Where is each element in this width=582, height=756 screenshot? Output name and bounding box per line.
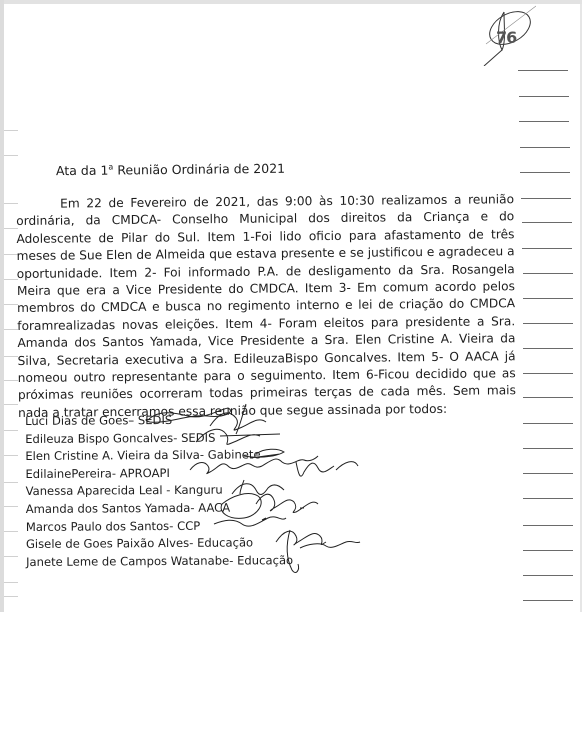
signatory-row: EdilainePereira- APROAPI bbox=[25, 464, 292, 483]
margin-rule-line bbox=[518, 70, 568, 71]
left-edge-tick bbox=[4, 531, 18, 532]
left-edge-tick bbox=[4, 556, 18, 557]
margin-rule-line bbox=[523, 550, 573, 551]
left-edge-tick bbox=[4, 155, 18, 156]
left-edge-tick bbox=[4, 329, 18, 330]
left-edge-tick bbox=[4, 356, 18, 357]
margin-rule-line bbox=[523, 397, 573, 398]
signatory-list: Luci Dias de Goes– SEDISEdileuza Bispo G… bbox=[25, 411, 293, 571]
margin-rule-line bbox=[523, 600, 573, 601]
left-edge-tick bbox=[4, 482, 18, 483]
signatory-row: Elen Cristine A. Vieira da Silva- Gabine… bbox=[25, 446, 292, 465]
margin-rule-line bbox=[523, 575, 573, 576]
left-edge-tick bbox=[4, 380, 18, 381]
margin-rule-line bbox=[523, 348, 573, 349]
signatory-row: Amanda dos Santos Yamada- AACA bbox=[26, 499, 293, 518]
signatory-row: Vanessa Aparecida Leal - Kanguru bbox=[25, 482, 292, 501]
minutes-body: Em 22 de Fevereiro de 2021, das 9:00 às … bbox=[16, 191, 516, 422]
left-edge-tick bbox=[4, 506, 18, 507]
document-title: Ata da 1a Reunião Ordinária de 2021 bbox=[56, 161, 285, 179]
left-edge-tick bbox=[4, 582, 18, 583]
margin-rule-line bbox=[519, 96, 569, 97]
margin-rule-line bbox=[522, 248, 572, 249]
margin-rule-line bbox=[519, 121, 569, 122]
margin-rule-line bbox=[523, 448, 573, 449]
title-text: Ata da 1 bbox=[56, 163, 109, 179]
margin-rule-line bbox=[523, 473, 573, 474]
margin-rule-line bbox=[523, 273, 573, 274]
left-edge-tick bbox=[4, 455, 18, 456]
signatory-row: Gisele de Goes Paixão Alves- Educação bbox=[26, 534, 293, 553]
page-number: 76 bbox=[496, 28, 516, 47]
margin-rule-line bbox=[522, 222, 572, 223]
left-edge-tick bbox=[4, 430, 18, 431]
title-text-suffix: Reunião Ordinária de 2021 bbox=[113, 161, 285, 178]
scan-left-edge bbox=[0, 0, 4, 612]
signatory-row: Janete Leme de Campos Watanabe- Educação bbox=[26, 552, 293, 571]
left-edge-tick bbox=[4, 130, 18, 131]
margin-rule-line bbox=[520, 172, 570, 173]
signatory-row: Edileuza Bispo Goncalves- SEDIS bbox=[25, 429, 292, 448]
margin-rule-line bbox=[520, 147, 570, 148]
margin-rule-line bbox=[523, 525, 573, 526]
margin-rule-line bbox=[521, 198, 571, 199]
margin-rule-line bbox=[523, 298, 573, 299]
signatory-row: Luci Dias de Goes– SEDIS bbox=[25, 411, 292, 430]
minutes-paragraph: Em 22 de Fevereiro de 2021, das 9:00 às … bbox=[16, 191, 516, 422]
left-edge-tick bbox=[4, 404, 18, 405]
margin-rule-line bbox=[523, 423, 573, 424]
margin-rule-line bbox=[523, 373, 573, 374]
signatory-row: Marcos Paulo dos Santos- CCP bbox=[26, 517, 293, 536]
left-edge-tick bbox=[4, 304, 18, 305]
margin-rule-line bbox=[523, 323, 573, 324]
left-edge-tick bbox=[4, 596, 18, 597]
margin-rule-line bbox=[523, 498, 573, 499]
